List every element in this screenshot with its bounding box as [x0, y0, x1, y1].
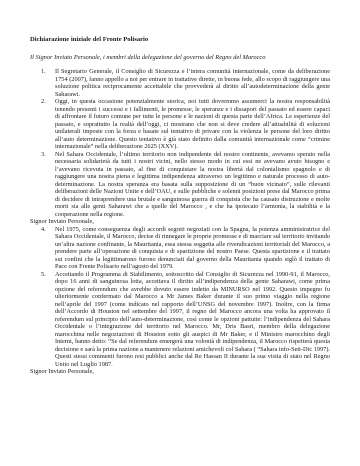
salutation: Signor Inviato Personale,	[30, 218, 330, 226]
salutation: Signor Inviato Personale,	[30, 368, 330, 376]
list-item-number: 1.	[41, 68, 46, 76]
list-item-number: 5.	[41, 271, 46, 279]
list-item: 3.Nel Sahara Occidentale, l’ultimo terri…	[30, 151, 330, 219]
document-subtitle: Il Signor Inviato Personale, i membri de…	[30, 54, 330, 62]
list-item-text: Accettando il Programma di Stabilimento,…	[55, 271, 330, 368]
list-item: 1.Il Segretario Generale, il Consiglio d…	[30, 68, 330, 98]
list-item: 4.Nel 1975, come conseguenza degli accor…	[30, 226, 330, 271]
list-item-text: Nel 1975, come conseguenza degli accordi…	[55, 226, 330, 271]
list-item-text: Oggi, in questa occasione potenzialmente…	[55, 98, 330, 150]
list-item-number: 3.	[41, 151, 46, 159]
list-item-text: Nel Sahara Occidentale, l’ultimo territo…	[55, 151, 330, 218]
document-body: 1.Il Segretario Generale, il Consiglio d…	[30, 68, 330, 376]
list-item: 5.Accettando il Programma di Stabiliment…	[30, 271, 330, 369]
document-page: Dichiarazione iniziale del Fronte Polisa…	[0, 0, 360, 466]
list-item-number: 2.	[41, 98, 46, 106]
list-item: 2.Oggi, in questa occasione potenzialmen…	[30, 98, 330, 151]
list-item-number: 4.	[41, 226, 46, 234]
document-title: Dichiarazione iniziale del Fronte Polisa…	[30, 36, 330, 44]
list-item-text: Il Segretario Generale, il Consiglio di …	[55, 68, 330, 98]
